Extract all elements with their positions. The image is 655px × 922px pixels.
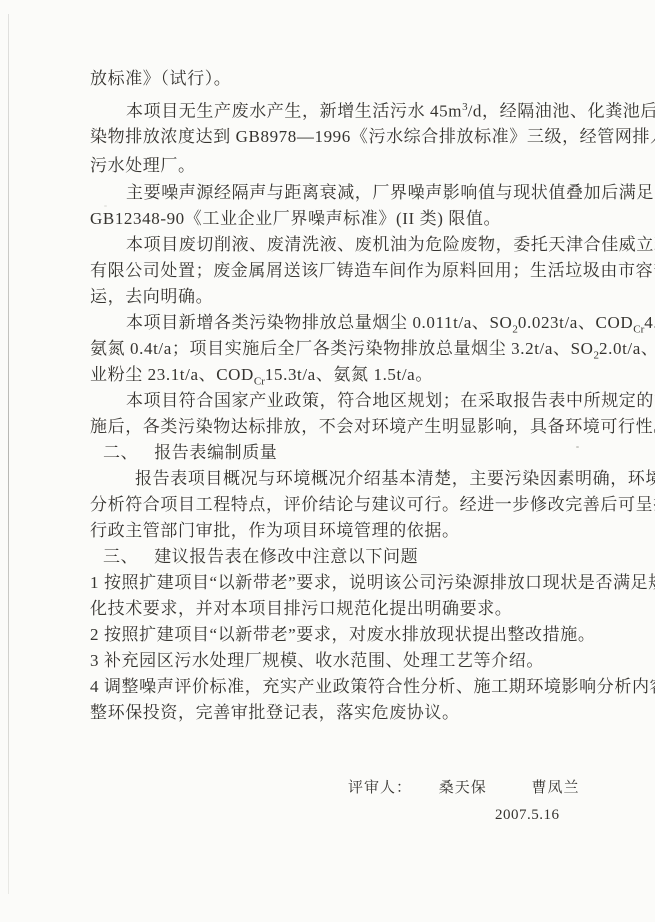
heading-title: 建议报告表在修改中注意以下问题 (154, 547, 418, 566)
reviewer-name: 曹凤兰 (532, 780, 580, 796)
list-item-paragraph: 2 按照扩建项目“以新带老”要求，对废水排放现状提出整改措施。 (90, 622, 620, 648)
text-line: 有限公司处置；废金属屑送该厂铸造车间作为原料回用；生活垃圾由市容部门清 (90, 258, 620, 284)
heading-number: 二、 (103, 443, 138, 462)
text-segment: 本项目新增各类污染物排放总量烟尘 0.011t/a、SO (126, 313, 512, 332)
text-segment: 整环保投资，完善审批登记表，落实危废协议。 (90, 703, 460, 722)
text-line: 化技术要求，并对本项目排污口规范化提出明确要求。 (90, 596, 620, 622)
text-segment: 放标准》（试行）。 (90, 69, 231, 88)
text-segment: 施后，各类污染物达标排放，不会对环境产生明显影响，具备环境可行性。 (90, 417, 655, 436)
text-line: 本项目废切削液、废清洗液、废机油为危险废物，委托天津合佳威立雅环保 (90, 232, 620, 258)
text-segment: 运，去向明确。 (90, 287, 213, 306)
text-line: 整环保投资，完善审批登记表，落实危废协议。 (90, 700, 620, 726)
text-line: 业粉尘 23.1t/a、CODCr15.3t/a、氨氮 1.5t/a。 (90, 362, 620, 388)
sub-text: Cr (633, 323, 644, 335)
text-line: 放标准》（试行）。 (90, 64, 620, 93)
text-line: 污水处理厂。 (90, 151, 620, 180)
text-line: 本项目无生产废水产生，新增生活污水 45m3/d，经隔油池、化粪池后主要污 (90, 93, 620, 122)
list-item-paragraph: 4 调整噪声评价标准，充实产业政策符合性分析、施工期环境影响分析内容，调整环保投… (90, 674, 620, 726)
text-segment: 化技术要求，并对本项目排污口规范化提出明确要求。 (90, 599, 512, 618)
text-segment: 本项目无生产废水产生，新增生活污水 45m (126, 102, 462, 121)
document-body: 放标准》（试行）。本项目无生产废水产生，新增生活污水 45m3/d，经隔油池、化… (90, 64, 620, 726)
text-line: 施后，各类污染物达标排放，不会对环境产生明显影响，具备环境可行性。 (90, 414, 620, 440)
text-segment: 业粉尘 23.1t/a、COD (90, 365, 254, 384)
text-line: 3 补充园区污水处理厂规模、收水范围、处理工艺等介绍。 (90, 648, 620, 674)
reviewer-label: 评审人： (348, 780, 412, 796)
heading-number: 三、 (103, 547, 138, 566)
text-segment: 本项目符合国家产业政策，符合地区规划；在采取报告表中所规定的治理措 (126, 391, 655, 410)
text-line: GB12348-90《工业企业厂界噪声标准》(II 类) 限值。 (90, 206, 620, 232)
text-segment: 氨氮 0.4t/a；项目实施后全厂各类污染物排放总量烟尘 3.2t/a、SO (90, 339, 594, 358)
text-segment: 行政主管部门审批，作为项目环境管理的依据。 (90, 521, 460, 540)
text-line: 染物排放浓度达到 GB8978—1996《污水综合排放标准》三级，经管网排入园区 (90, 122, 620, 151)
scanned-document-page: 放标准》（试行）。本项目无生产废水产生，新增生活污水 45m3/d，经隔油池、化… (0, 0, 655, 922)
paragraph: 本项目符合国家产业政策，符合地区规划；在采取报告表中所规定的治理措施后，各类污染… (90, 388, 620, 440)
text-segment: 1 按照扩建项目“以新带老”要求，说明该公司污染源排放口现状是否满足规范 (90, 573, 655, 592)
paragraph: 主要噪声源经隔声与距离衰减，厂界噪声影响值与现状值叠加后满足GB12348-90… (90, 180, 620, 232)
text-line: 主要噪声源经隔声与距离衰减，厂界噪声影响值与现状值叠加后满足 (90, 180, 620, 206)
text-line: 本项目符合国家产业政策，符合地区规划；在采取报告表中所规定的治理措 (90, 388, 620, 414)
text-line: 行政主管部门审批，作为项目环境管理的依据。 (90, 518, 620, 544)
heading-title: 报告表编制质量 (154, 443, 277, 462)
paragraph: 本项目新增各类污染物排放总量烟尘 0.011t/a、SO20.023t/a、CO… (90, 310, 620, 388)
text-segment: 0.023t/a、COD (518, 313, 633, 332)
text-line: 1 按照扩建项目“以新带老”要求，说明该公司污染源排放口现状是否满足规范 (90, 570, 620, 596)
text-segment: 2.0t/a、工 (599, 339, 655, 358)
text-line: 氨氮 0.4t/a；项目实施后全厂各类污染物排放总量烟尘 3.2t/a、SO22… (90, 336, 620, 362)
text-line: 4 调整噪声评价标准，充实产业政策符合性分析、施工期环境影响分析内容，调 (90, 674, 620, 700)
section-heading: 二、报告表编制质量 (90, 440, 620, 466)
text-segment: 本项目废切削液、废清洗液、废机油为危险废物，委托天津合佳威立雅环保 (126, 235, 655, 254)
sub-text: Cr (254, 375, 265, 387)
text-line: 2 按照扩建项目“以新带老”要求，对废水排放现状提出整改措施。 (90, 622, 620, 648)
list-item-paragraph: 1 按照扩建项目“以新带老”要求，说明该公司污染源排放口现状是否满足规范化技术要… (90, 570, 620, 622)
text-segment: 报告表项目概况与环境概况介绍基本清楚，主要污染因素明确，环境影响 (135, 469, 655, 488)
paragraph: 本项目废切削液、废清洗液、废机油为危险废物，委托天津合佳威立雅环保有限公司处置；… (90, 232, 620, 310)
text-segment: 4.1t/a、 (644, 313, 655, 332)
review-date: 2007.5.16 (495, 807, 560, 824)
text-segment: 分析符合项目工程特点，评价结论与建议可行。经进一步修改完善后可呈报环保 (90, 495, 655, 514)
section-heading: 三、建议报告表在修改中注意以下问题 (90, 544, 620, 570)
paragraph: 放标准》（试行）。 (90, 64, 620, 93)
text-segment: /d，经隔油池、化粪池后主要污 (468, 102, 655, 121)
text-segment: 污水处理厂。 (90, 156, 196, 175)
reviewer-name: 桑天保 (439, 780, 487, 796)
paragraph: 本项目无生产废水产生，新增生活污水 45m3/d，经隔油池、化粪池后主要污染物排… (90, 93, 620, 180)
text-line: 本项目新增各类污染物排放总量烟尘 0.011t/a、SO20.023t/a、CO… (90, 310, 620, 336)
text-line: 报告表项目概况与环境概况介绍基本清楚，主要污染因素明确，环境影响 (90, 466, 620, 492)
text-segment: 有限公司处置；废金属屑送该厂铸造车间作为原料回用；生活垃圾由市容部门清 (90, 261, 655, 280)
text-line: 运，去向明确。 (90, 284, 620, 310)
paragraph: 报告表项目概况与环境概况介绍基本清楚，主要污染因素明确，环境影响分析符合项目工程… (90, 466, 620, 544)
text-line: 分析符合项目工程特点，评价结论与建议可行。经进一步修改完善后可呈报环保 (90, 492, 620, 518)
text-segment: 4 调整噪声评价标准，充实产业政策符合性分析、施工期环境影响分析内容，调 (90, 677, 655, 696)
list-item-paragraph: 3 补充园区污水处理厂规模、收水范围、处理工艺等介绍。 (90, 648, 620, 674)
signature-block: 评审人： 桑天保 曹凤兰 2007.5.16 (348, 776, 580, 797)
text-segment: GB12348-90《工业企业厂界噪声标准》(II 类) 限值。 (90, 209, 501, 228)
scan-edge-artifact (8, 14, 9, 894)
text-segment: 2 按照扩建项目“以新带老”要求，对废水排放现状提出整改措施。 (90, 625, 595, 644)
text-segment: 染物排放浓度达到 GB8978—1996《污水综合排放标准》三级，经管网排入园区 (90, 127, 655, 146)
text-segment: 15.3t/a、氨氮 1.5t/a。 (265, 365, 433, 384)
text-segment: 3 补充园区污水处理厂规模、收水范围、处理工艺等介绍。 (90, 651, 544, 670)
text-segment: 主要噪声源经隔声与距离衰减，厂界噪声影响值与现状值叠加后满足 (126, 183, 654, 202)
